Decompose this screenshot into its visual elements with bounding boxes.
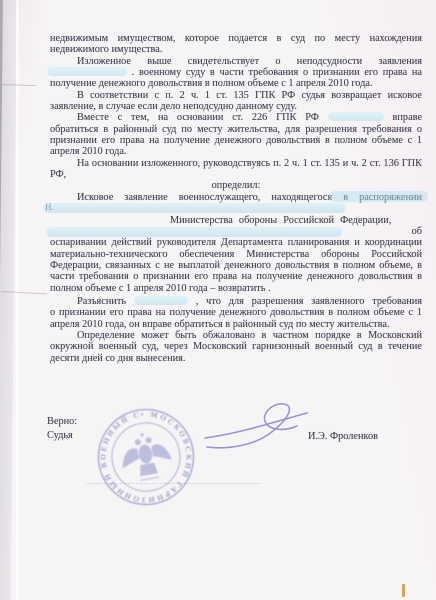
document-body: недвижимым имуществом, которое подается … [50, 33, 422, 364]
paragraph-appeal: Определение может быть обжаловано в част… [50, 330, 422, 364]
ruling-redacted-line: Н. [50, 203, 422, 214]
scanned-court-document-page: недвижимым имуществом, которое подается … [0, 0, 436, 600]
paragraph-article-135: В соответствии с п. 2 ч. 1 ст. 135 ГПК Р… [50, 90, 422, 113]
show-through-dots [86, 483, 261, 484]
clarify-rest: о признании его права на получение денеж… [50, 307, 422, 330]
corner-stain-mark [402, 584, 405, 597]
redaction-mark-name-line: Н. [43, 203, 346, 213]
verno-label: Верно: [47, 416, 77, 427]
ministry-text: Министерства обороны Российской Федераци… [170, 215, 391, 226]
paragraph-basis: На основании изложенного, руководствуясь… [50, 158, 422, 181]
redaction-mark-applicant [328, 112, 384, 121]
paragraph-stated-line2: . военному суду в части требования о при… [50, 67, 422, 78]
paragraph-article-226-line1: Вместе с тем, на основании ст. 226 ГПК Р… [50, 112, 422, 123]
redaction-trace-letter: Н. [45, 202, 54, 213]
ruling-line1: Исковое заявление военнослужащего, наход… [50, 192, 422, 203]
paragraph-stated-line3: получение денежного довольствия в полном… [50, 78, 422, 89]
judge-label: Судья [47, 430, 73, 441]
clarify-text-before: Разъяснить [77, 296, 126, 307]
clarify-line1: Разъяснить , что для разрешения заявленн… [50, 296, 422, 307]
ruling-line1-text: Исковое заявление военнослужащего, наход… [77, 192, 422, 203]
ruling-heading: определил: [50, 180, 422, 191]
ruling-ob-line: об [50, 226, 422, 237]
double-headed-eagle-icon [117, 429, 174, 484]
court-seal: • МОСКОВСКИЙ ГАРНИЗОННЫЙ ВОЕННЫЙ СУД [75, 388, 218, 526]
stated-line2-text: . военному суду в части требования о при… [132, 67, 422, 78]
clarify-text-after: , что для разрешения заявленного требова… [196, 296, 422, 307]
page-edge-highlight [16, 0, 19, 600]
article-226-text-before: Вместе с тем, на основании ст. 226 ГПК Р… [77, 112, 319, 123]
paragraph-stated-line1: Изложенное выше свидетельствует о неподс… [50, 56, 422, 67]
redaction-mark-unit-line [46, 227, 342, 237]
ruling-body: оспаривании действий руководителя Департ… [50, 237, 422, 294]
redaction-mark-applicant [47, 67, 127, 76]
redaction-mark-applicant [134, 296, 188, 305]
ruling-ministry-line: Министерства обороны Российской Федераци… [50, 215, 422, 226]
judge-name: И.Э. Фроленков [308, 431, 378, 442]
paragraph-venue: недвижимым имуществом, которое подается … [50, 33, 422, 56]
judge-signature [203, 400, 311, 455]
underlying-page-edge [0, 0, 17, 600]
ob-text: об [412, 226, 422, 237]
paragraph-article-226-rest: обратиться в районный суд по месту жител… [50, 124, 422, 158]
article-226-text-end: вправе [393, 112, 422, 123]
